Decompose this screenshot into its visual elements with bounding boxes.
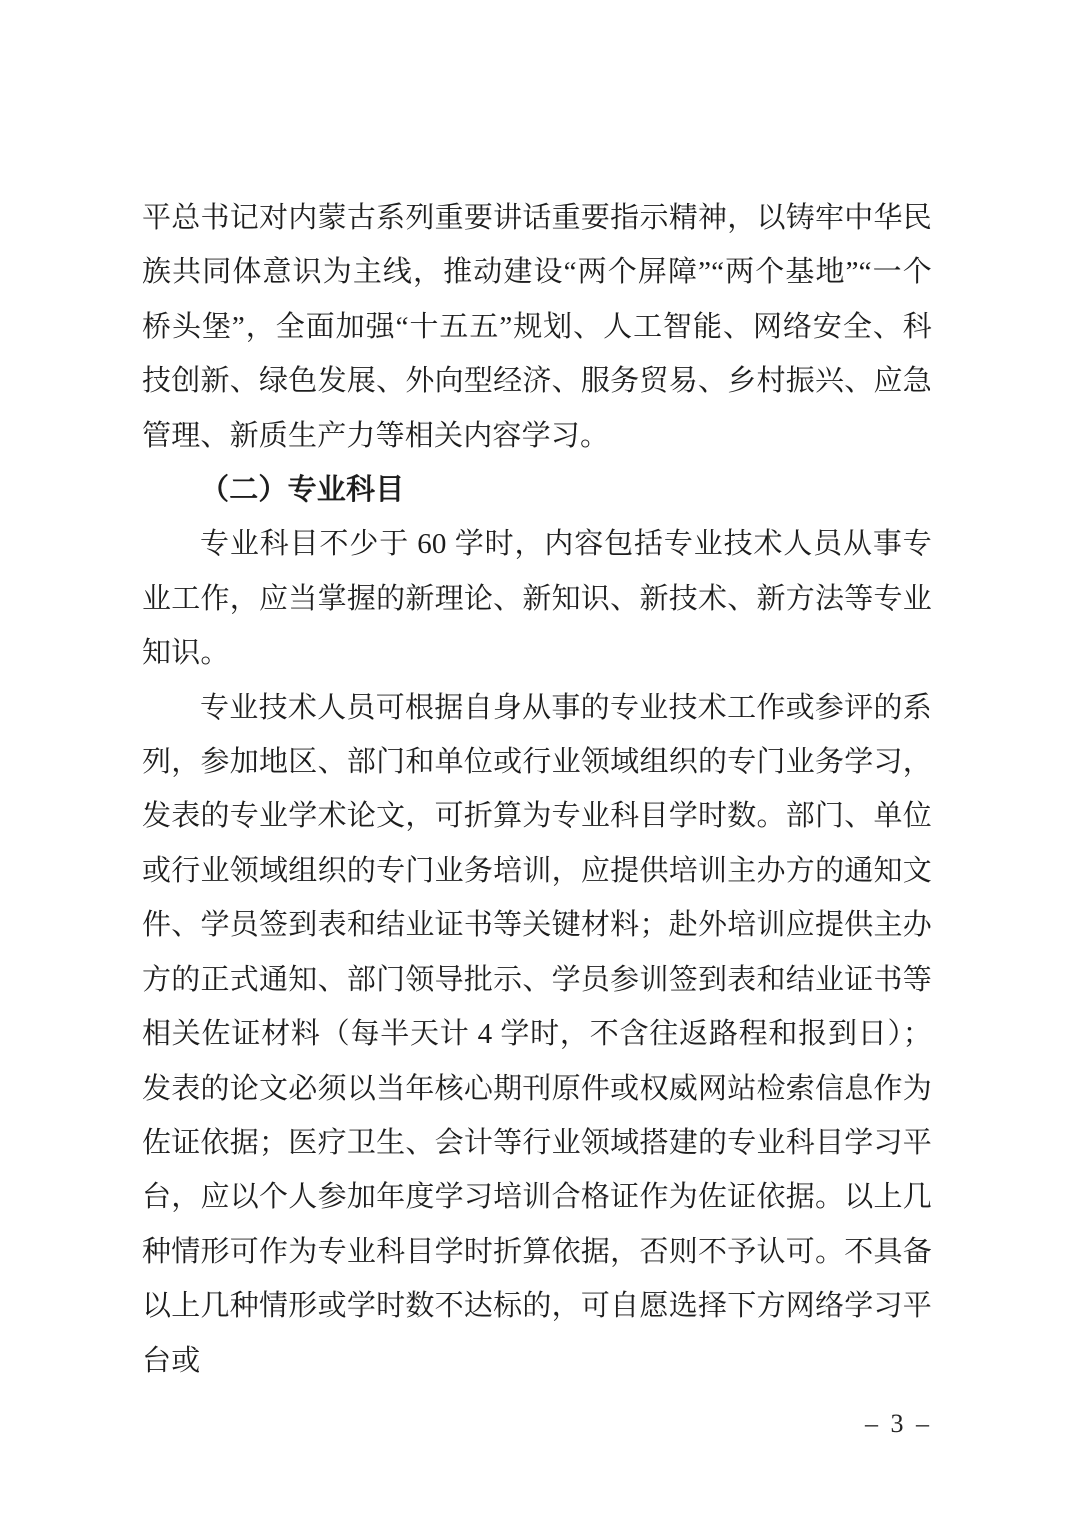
document-body: 平总书记对内蒙古系列重要讲话重要指示精神，以铸牢中华民族共同体意识为主线，推动建… [142, 191, 932, 1388]
document-page: 平总书记对内蒙古系列重要讲话重要指示精神，以铸牢中华民族共同体意识为主线，推动建… [0, 0, 1074, 1520]
paragraph-subject-hours: 专业科目不少于 60 学时，内容包括专业技术人员从事专业工作，应当掌握的新理论、… [142, 517, 932, 680]
paragraph-continuation: 平总书记对内蒙古系列重要讲话重要指示精神，以铸牢中华民族共同体意识为主线，推动建… [142, 191, 932, 463]
page-number: – 3 – [865, 1408, 932, 1440]
section-heading: （二）专业科目 [142, 463, 932, 517]
paragraph-conversion-rules: 专业技术人员可根据自身从事的专业技术工作或参评的系列，参加地区、部门和单位或行业… [142, 681, 932, 1388]
